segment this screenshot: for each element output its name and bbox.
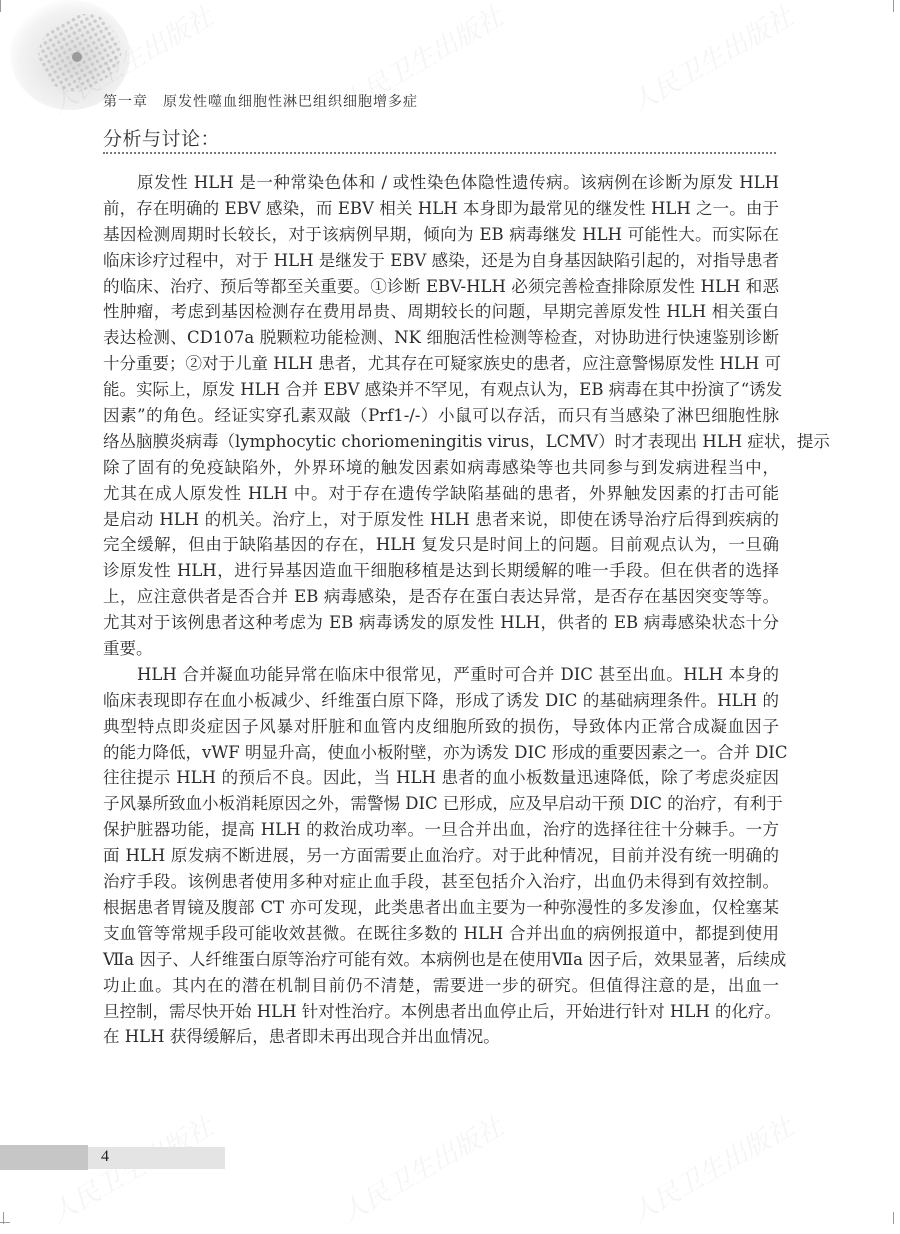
text-line: 原发性 HLH 是一种常染色体和 / 或性染色体隐性遗传病。该病例在诊断为原发 … [103,170,779,196]
text-line: 的临床、治疗、预后等都至关重要。①诊断 EBV-HLH 必须完善检查排除原发性 … [103,274,779,300]
section-title: 分析与讨论： [103,124,220,151]
text-line: 在 HLH 获得缓解后，患者即未再出现合并出血情况。 [103,1024,779,1050]
text-line: 十分重要；②对于儿童 HLH 患者，尤其存在可疑家族史的患者，应注意警惕原发性 … [103,351,779,377]
cell-core-icon [72,52,82,62]
text-line: 性肿瘤，考虑到基因检测存在费用昂贵、周期较长的问题，早期完善原发性 HLH 相关… [103,299,779,325]
text-line: 尤其在成人原发性 HLH 中。对于存在遗传学缺陷基础的患者，外界触发因素的打击可… [103,481,779,507]
body-text: 原发性 HLH 是一种常染色体和 / 或性染色体隐性遗传病。该病例在诊断为原发 … [103,170,779,1050]
text-line: 治疗手段。该例患者使用多种对症止血手段，甚至包括介入治疗，出血仍未得到有效控制。 [103,869,779,895]
crop-mark-top-right [893,0,894,12]
text-line: 往往提示 HLH 的预后不良。因此，当 HLH 患者的血小板数量迅速降低，除了考… [103,765,779,791]
text-line: 临床诊疗过程中，对于 HLH 是继发于 EBV 感染，还是为自身基因缺陷引起的，… [103,248,779,274]
text-line: 是启动 HLH 的机关。治疗上，对于原发性 HLH 患者来说，即使在诱导治疗后得… [103,507,779,533]
crop-mark-top-left [0,0,1,12]
crop-mark-bottom-left [0,1222,10,1223]
text-line: 诊原发性 HLH，进行异基因造血干细胞移植是达到长期缓解的唯一手段。但在供者的选… [103,558,779,584]
text-line: 临床表现即存在血小板减少、纤维蛋白原下降，形成了诱发 DIC 的基础病理条件。H… [103,688,779,714]
crop-mark-bottom-left-v [3,1212,4,1224]
text-line: 表达检测、CD107a 脱颗粒功能检测、NK 细胞活性检测等检查，对协助进行快速… [103,325,779,351]
text-line: 根据患者胃镜及腹部 CT 亦可发现，此类患者出血主要为一种弥漫性的多发渗血，仅栓… [103,895,779,921]
text-line: 保护脏器功能，提高 HLH 的救治成功率。一旦合并出血，治疗的选择往往十分棘手。… [103,817,779,843]
paragraph-2: HLH 合并凝血功能异常在临床中很常见，严重时可合并 DIC 甚至出血。HLH … [103,662,779,1050]
text-line: 络丛脑膜炎病毒（lymphocytic choriomeningitis vir… [103,429,779,455]
text-line: 面 HLH 原发病不断进展，另一方面需要止血治疗。对于此种情况，目前并没有统一明… [103,843,779,869]
text-line: 基因检测周期时长较长，对于该病例早期，倾向为 EB 病毒继发 HLH 可能性大。… [103,222,779,248]
text-line: Ⅶa 因子、人纤维蛋白原等治疗可能有效。本病例也是在使用Ⅶa 因子后，效果显著，… [103,947,779,973]
text-line: 支血管等常规手段可能收效甚微。在既往多数的 HLH 合并出血的病例报道中，都提到… [103,921,779,947]
page-number: 4 [101,1148,109,1166]
text-line: 尤其对于该例患者这种考虑为 EB 病毒诱发的原发性 HLH，供者的 EB 病毒感… [103,610,779,636]
text-line: 功止血。其内在的潜在机制目前仍不清楚，需要进一步的研究。但值得注意的是，出血一 [103,973,779,999]
text-line: 上，应注意供者是否合并 EB 病毒感染，是否存在蛋白表达异常，是否存在基因突变等… [103,584,779,610]
text-line: 的能力降低，vWF 明显升高，使血小板附壁，亦为诱发 DIC 形成的重要因素之一… [103,740,779,766]
text-line: 除了固有的免疫缺陷外，外界环境的触发因素如病毒感染等也共同参与到发病进程当中， [103,455,779,481]
text-line: 完全缓解，但由于缺陷基因的存在，HLH 复发只是时间上的问题。目前观点认为，一旦… [103,532,779,558]
text-line: 典型特点即炎症因子风暴对肝脏和血管内皮细胞所致的损伤，导致体内正常合成凝血因子 [103,714,779,740]
text-line: 重要。 [103,636,779,662]
text-line: 旦控制，需尽快开始 HLH 针对性治疗。本例患者出血停止后，开始进行针对 HLH… [103,999,779,1025]
text-line: 能。实际上，原发 HLH 合并 EBV 感染并不罕见，有观点认为，EB 病毒在其… [103,377,779,403]
text-line: 前，存在明确的 EBV 感染，而 EBV 相关 HLH 本身即为最常见的继发性 … [103,196,779,222]
crop-mark-bottom-right [893,1212,894,1224]
dotted-divider [103,152,776,154]
paragraph-1: 原发性 HLH 是一种常染色体和 / 或性染色体隐性遗传病。该病例在诊断为原发 … [103,170,779,662]
watermark: 人民卫生出版社 [333,1107,509,1230]
text-line: 子风暴所致血小板消耗原因之外，需警惕 DIC 已形成，应及早启动干预 DIC 的… [103,791,779,817]
text-line: 因素”的角色。经证实穿孔素双敲（Prf1-/-）小鼠可以存活，而只有当感染了淋巴… [103,403,779,429]
text-line: HLH 合并凝血功能异常在临床中很常见，严重时可合并 DIC 甚至出血。HLH … [103,662,779,688]
running-head: 第一章 原发性噬血细胞性淋巴组织细胞增多症 [103,91,418,111]
watermark: 人民卫生出版社 [623,0,799,120]
page-tab-dark [0,1145,88,1170]
watermark: 人民卫生出版社 [623,1107,799,1230]
